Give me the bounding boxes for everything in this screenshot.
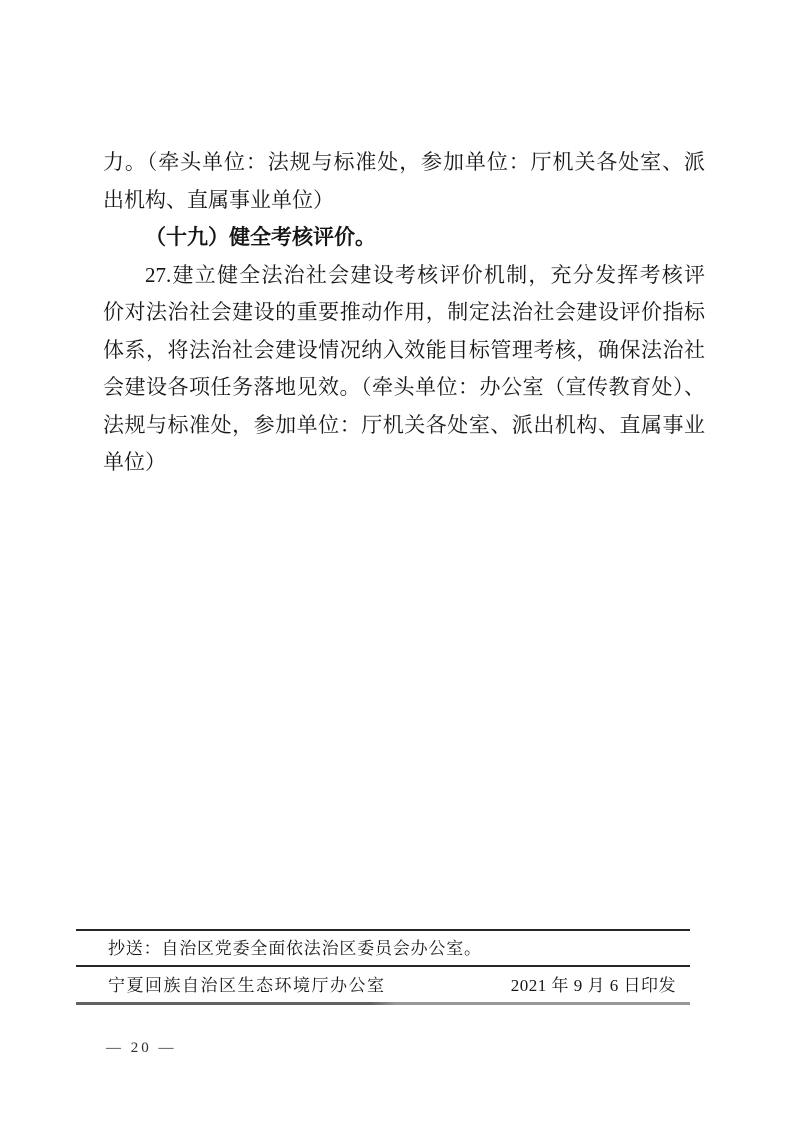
print-date: 2021 年 9 月 6 日印发 [511,973,676,999]
text-line: 单位） [103,444,705,482]
section-heading: （十九）健全考核评价。 [103,219,705,257]
issuing-office: 宁夏回族自治区生态环境厅办公室 [108,973,386,999]
text-line: 会建设各项任务落地见效。（牵头单位：办公室（宣传教育处）、 [103,369,705,407]
text-line: 法规与标准处，参加单位：厅机关各处室、派出机构、直属事业 [103,407,705,445]
body-text-block: 力。（牵头单位：法规与标准处，参加单位：厅机关各处室、派出机构、直属事业单位） … [103,144,705,482]
cc-line: 抄送：自治区党委全面依法治区委员会办公室。 [76,936,690,962]
footer-top-divider [76,929,690,931]
text-line: 出机构、直属事业单位） [103,182,705,220]
document-page: 力。（牵头单位：法规与标准处，参加单位：厅机关各处室、派出机构、直属事业单位） … [0,0,793,1121]
footer-middle-divider [76,965,690,967]
paragraph-item-27: 27.建立健全法治社会建设考核评价机制，充分发挥考核评价对法治社会建设的重要推动… [103,257,705,482]
text-line: 体系，将法治社会建设情况纳入效能目标管理考核，确保法治社 [103,332,705,370]
text-line: 27.建立健全法治社会建设考核评价机制，充分发挥考核评 [103,257,705,295]
text-line: 价对法治社会建设的重要推动作用，制定法治社会建设评价指标 [103,294,705,332]
text-line: 力。（牵头单位：法规与标准处，参加单位：厅机关各处室、派 [103,144,705,182]
paragraph-continuation: 力。（牵头单位：法规与标准处，参加单位：厅机关各处室、派出机构、直属事业单位） [103,144,705,219]
issuer-row: 宁夏回族自治区生态环境厅办公室 2021 年 9 月 6 日印发 [76,973,690,999]
page-number: — 20 — [106,1040,177,1057]
footer-bottom-divider [76,1002,690,1005]
